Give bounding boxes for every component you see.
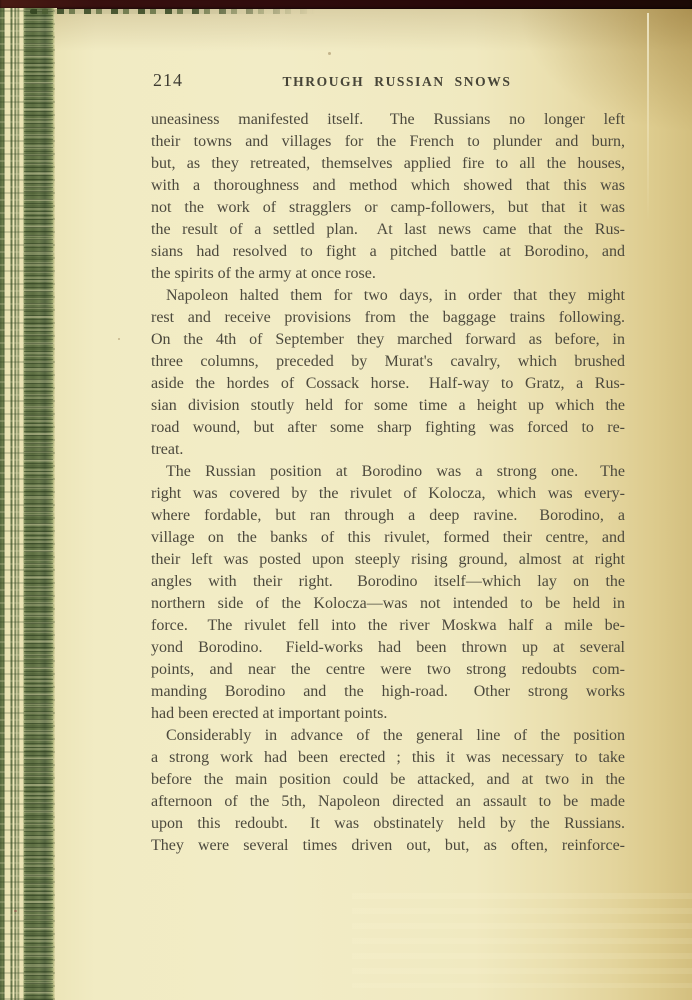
text-line: They were several times driven out, but,…: [151, 835, 625, 857]
page-text: uneasiness manifested itself. The Russia…: [151, 109, 625, 857]
text-line: sians had resolved to fight a pitched ba…: [151, 241, 625, 263]
text-line: their towns and villages for the French …: [151, 131, 625, 153]
text-line: aside the hordes of Cossack horse. Half-…: [151, 373, 625, 395]
text-line: had been erected at important points.: [151, 703, 625, 725]
text-line: sian division stoutly held for some time…: [151, 395, 625, 417]
marble-band-texture: [24, 8, 53, 1000]
text-line: road wound, but after some sharp fightin…: [151, 417, 625, 439]
text-line: rest and receive provisions from the bag…: [151, 307, 625, 329]
paper-speck: [328, 52, 331, 55]
page-header: 214 THROUGH RUSSIAN SNOWS: [151, 70, 625, 96]
text-line: points, and near the centre were two str…: [151, 659, 625, 681]
text-line: a strong work had been erected ; this it…: [151, 747, 625, 769]
text-line: the result of a settled plan. At last ne…: [151, 219, 625, 241]
text-line: angles with their right. Borodino itself…: [151, 571, 625, 593]
text-line: manding Borodino and the high-road. Othe…: [151, 681, 625, 703]
paper-speck: [14, 910, 17, 912]
text-line: Considerably in advance of the general l…: [151, 725, 625, 747]
page-number: 214: [153, 70, 183, 91]
text-line: Napoleon halted them for two days, in or…: [151, 285, 625, 307]
text-line: their left was posted upon steeply risin…: [151, 549, 625, 571]
text-line: with a thoroughness and method which sho…: [151, 175, 625, 197]
text-line: not the work of stragglers or camp-follo…: [151, 197, 625, 219]
text-line: the spirits of the army at once rose.: [151, 263, 625, 285]
text-line: before the main position could be attack…: [151, 769, 625, 791]
page-edges-marbled: [0, 8, 57, 1000]
text-line: afternoon of the 5th, Napoleon directed …: [151, 791, 625, 813]
book-page: 214 THROUGH RUSSIAN SNOWS uneasiness man…: [55, 9, 692, 1000]
text-line: village on the banks of this rivulet, fo…: [151, 527, 625, 549]
text-line: uneasiness manifested itself. The Russia…: [151, 109, 625, 131]
book-photo: 214 THROUGH RUSSIAN SNOWS uneasiness man…: [0, 0, 692, 1000]
text-line: but, as they retreated, themselves appli…: [151, 153, 625, 175]
text-line: force. The rivulet fell into the river M…: [151, 615, 625, 637]
text-line: northern side of the Kolocza—was not int…: [151, 593, 625, 615]
text-line: On the 4th of September they marched for…: [151, 329, 625, 351]
paper-speck: [118, 338, 120, 340]
text-line: treat.: [151, 439, 625, 461]
text-line: The Russian position at Borodino was a s…: [151, 461, 625, 483]
page-top-marbled-edge: [30, 9, 315, 14]
running-title: THROUGH RUSSIAN SNOWS: [283, 74, 512, 90]
page-fold-highlight: [647, 13, 649, 223]
text-line: right was covered by the rivulet of Kolo…: [151, 483, 625, 505]
text-line: three columns, preceded by Murat's caval…: [151, 351, 625, 373]
text-line: yond Borodino. Field-works had been thro…: [151, 637, 625, 659]
text-line: upon this redoubt. It was obstinately he…: [151, 813, 625, 835]
page-sheen: [352, 893, 692, 988]
text-line: where fordable, but ran through a deep r…: [151, 505, 625, 527]
